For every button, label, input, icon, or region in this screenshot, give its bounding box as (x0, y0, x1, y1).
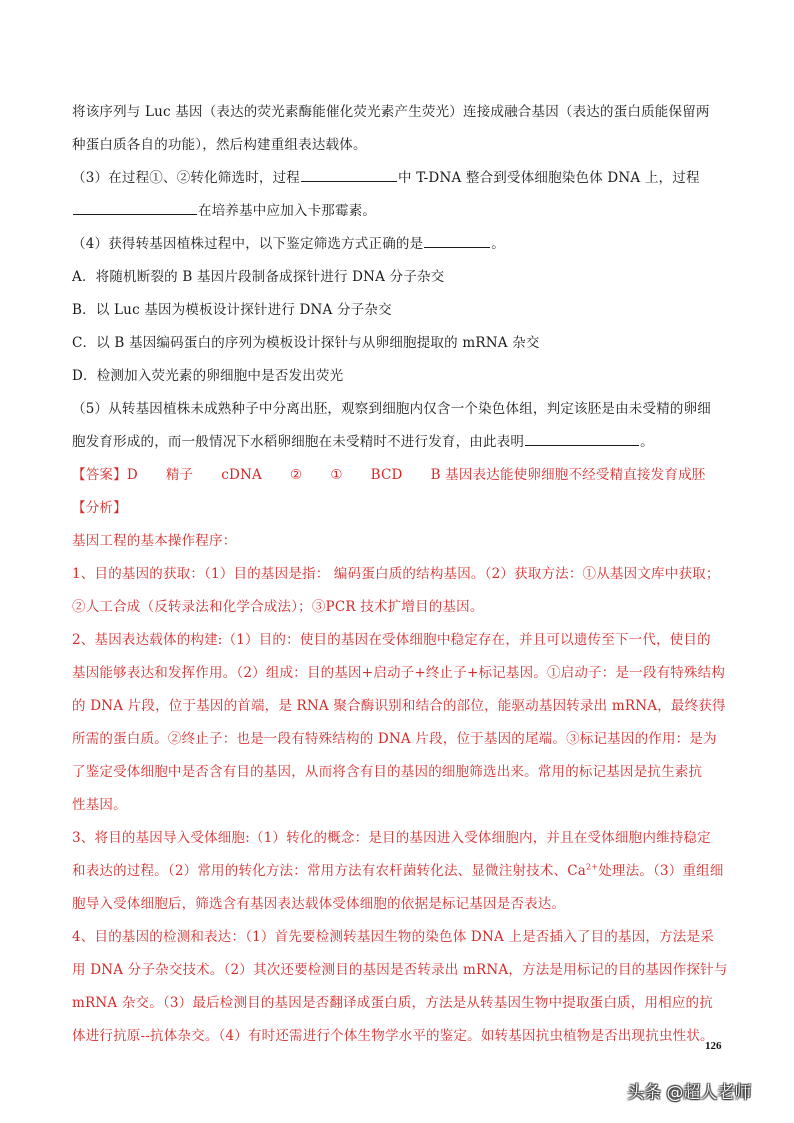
analysis-line: 胞导入受体细胞后，筛选含有基因表达载体受体细胞的依据是标记基因是否表达。 (72, 888, 732, 921)
analysis-line-calcium: 和表达的过程。（2）常用的转化方法：常用方法有农杆菌转化法、显微注射技术、Ca2… (72, 855, 732, 888)
option-c: C．以 B 基因编码蛋白的序列为模板设计探针与从卵细胞提取的 mRNA 杂交 (72, 327, 732, 360)
analysis-line: 基因工程的基本操作程序： (72, 525, 732, 558)
analysis-line: 4、目的基因的检测和表达：（1）首先要检测转基因生物的染色体 DNA 上是否插入… (72, 921, 732, 954)
analysis-line: 的 DNA 片段，位于基因的首端，是 RNA 聚合酶识别和结合的部位，能驱动基因… (72, 690, 732, 723)
option-a: A．将随机断裂的 B 基因片段制备成探针进行 DNA 分子杂交 (72, 261, 732, 294)
analysis-line: 1、目的基因的获取：（1）目的基因是指： 编码蛋白质的结构基因。（2）获取方法：… (72, 558, 732, 591)
question-3-line-2: 在培养基中应加入卡那霉素。 (72, 195, 732, 228)
page-number: 126 (705, 1040, 722, 1052)
answer-label: 【答案】 (72, 467, 127, 483)
q4-text: （4）获得转基因植株过程中，以下鉴定筛选方式正确的是 (72, 236, 423, 252)
answer-item: B 基因表达能使卵细胞不经受精直接发育成胚 (431, 467, 706, 483)
question-5-line-2: 胞发育形成的，而一般情况下水稻卵细胞在未受精时不进行发育，由此表明。 (72, 426, 732, 459)
analysis-line: ②人工合成（反转录法和化学合成法）；③PCR 技术扩增目的基因。 (72, 591, 732, 624)
analysis-line: mRNA 杂交。（3）最后检测目的基因是否翻译成蛋白质，方法是从转基因生物中提取… (72, 987, 732, 1020)
analysis-line: 3、将目的基因导入受体细胞:（1）转化的概念：是目的基因进入受体细胞内，并且在受… (72, 822, 732, 855)
question-3-line-1: （3）在过程①、②转化筛选时，过程中 T-DNA 整合到受体细胞染色体 DNA … (72, 162, 732, 195)
answer-item: ② (290, 459, 302, 492)
question-4-stem: （4）获得转基因植株过程中，以下鉴定筛选方式正确的是。 (72, 228, 732, 261)
option-b: B．以 Luc 基因为模板设计探针进行 DNA 分子杂交 (72, 294, 732, 327)
analysis-line: 了鉴定受体细胞中是否含有目的基因，从而将含有目的基因的细胞筛选出来。常用的标记基… (72, 756, 732, 789)
q4-end: 。 (491, 236, 505, 252)
answer-item: D (127, 459, 138, 492)
q3-text: 中 T-DNA 整合到受体细胞染色体 DNA 上，过程 (398, 170, 700, 186)
answer-item: 精子 (166, 459, 193, 492)
question-line: 种蛋白质各自的功能），然后构建重组表达载体。 (72, 129, 732, 162)
analysis-line: 所需的蛋白质。②终止子：也是一段有特殊结构的 DNA 片段，位于基因的尾端。③标… (72, 723, 732, 756)
answer-line: 【答案】D精子cDNA②①BCDB 基因表达能使卵细胞不经受精直接发育成胚 (72, 459, 732, 492)
answer-item: ① (330, 459, 342, 492)
answer-blank (424, 233, 490, 248)
analysis-label: 【分析】 (72, 492, 732, 525)
question-line: 将该序列与 Luc 基因（表达的荧光素酶能催化荧光素产生荧光）连接成融合基因（表… (72, 96, 732, 129)
ca-superscript: 2+ (586, 863, 598, 872)
q3-text: 在培养基中应加入卡那霉素。 (198, 203, 376, 219)
ca-text-before: 和表达的过程。（2）常用的转化方法：常用方法有农杆菌转化法、显微注射技术、Ca (72, 863, 586, 879)
answer-item: cDNA (221, 459, 262, 492)
watermark: 头条 @超人老师 (627, 1078, 751, 1103)
analysis-line: 2、基因表达载体的构建:（1）目的：使目的基因在受体细胞中稳定存在，并且可以遗传… (72, 624, 732, 657)
analysis-line: 用 DNA 分子杂交技术。（2）其次还要检测目的基因是否转录出 mRNA，方法是… (72, 954, 732, 987)
ca-text-after: 处理法。（3）重组细 (598, 863, 723, 879)
question-5-line-1: （5）从转基因植株未成熟种子中分离出胚，观察到细胞内仅含一个染色体组，判定该胚是… (72, 393, 732, 426)
analysis-line: 基因能够表达和发挥作用。（2）组成：目的基因+启动子+终止子+标记基因。①启动子… (72, 657, 732, 690)
q3-text: （3）在过程①、②转化筛选时，过程 (72, 170, 300, 186)
answer-blank (525, 431, 639, 446)
answer-blank (301, 167, 397, 182)
analysis-line: 性基因。 (72, 789, 732, 822)
answer-blank (73, 200, 197, 215)
option-d: D．检测加入荧光素的卵细胞中是否发出荧光 (72, 360, 732, 393)
analysis-line: 体进行抗原--抗体杂交。（4）有时还需进行个体生物学水平的鉴定。如转基因抗虫植物… (72, 1020, 732, 1053)
q5-end: 。 (640, 434, 654, 450)
q5-text: 胞发育形成的，而一般情况下水稻卵细胞在未受精时不进行发育，由此表明 (72, 434, 524, 450)
answer-item: BCD (371, 459, 403, 492)
document-page: 将该序列与 Luc 基因（表达的荧光素酶能催化荧光素产生荧光）连接成融合基因（表… (72, 96, 732, 1053)
